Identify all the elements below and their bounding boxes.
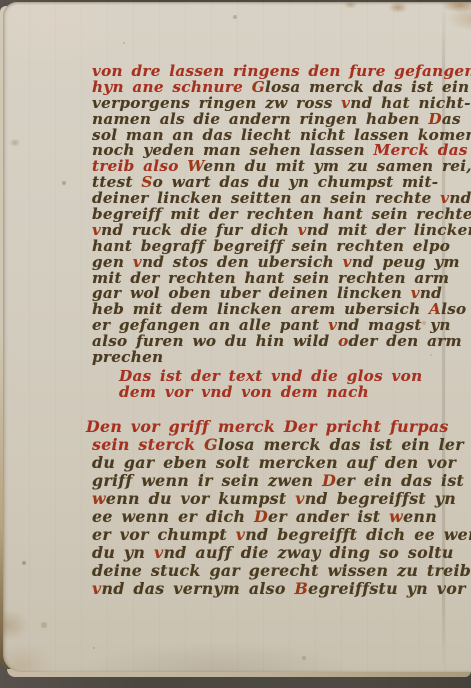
brown-ink-text: ee wenn er dich [92, 507, 254, 526]
rubricated-letter: D [254, 507, 268, 526]
brown-ink-text: er ander ist [268, 507, 389, 526]
rubricated-letter: D [322, 471, 336, 490]
brown-ink-text: nd auff die zway ding so soltu [163, 543, 453, 562]
text-line: deine stuck gar gerecht wissen zu treibn [92, 562, 448, 580]
red-ink-text: Den vor griff merck Der pricht furpas [86, 417, 449, 436]
manuscript-text-block: von dre lassen ringens den fure gefangen… [92, 64, 448, 598]
text-line: er vor chumpt vnd begreifft dich ee wen [92, 526, 448, 544]
rubricated-letter: w [92, 489, 106, 508]
text-line: ee wenn er dich Der ander ist wenn [92, 508, 448, 526]
text-line: prechen [92, 350, 448, 366]
brown-ink-text: prechen [92, 348, 163, 366]
brown-ink-text: deine stuck gar gerecht wissen zu treibn [92, 561, 471, 580]
manuscript-page: von dre lassen ringens den fure gefangen… [3, 2, 471, 672]
brown-ink-text: er vor chumpt [92, 525, 236, 544]
text-line: Den vor griff merck Der pricht furpas [86, 418, 448, 436]
brown-ink-text: nd begreiffst yn [305, 489, 456, 508]
brown-ink-text: griff wenn ir sein zwen [92, 471, 322, 490]
brown-ink-text: enn [403, 507, 437, 526]
brown-ink-text: du yn [92, 543, 154, 562]
rubricated-letter: G [204, 435, 218, 454]
text-line: griff wenn ir sein zwen Der ein das ist [92, 472, 448, 490]
text-line: du yn vnd auff die zway ding so soltu [92, 544, 448, 562]
brown-ink-text: nd begreifft dich ee wen [245, 525, 471, 544]
rubricated-letter: B [295, 579, 309, 598]
brown-ink-text: losa merck das ist ein ler das [218, 435, 471, 454]
text-line: wenn du vor kumpst vnd begreiffst yn [92, 490, 448, 508]
text-line: du gar eben solt mercken auf den vor [92, 454, 448, 472]
brown-ink-text: egreiffstu yn vor [308, 579, 471, 598]
brown-ink-text: er ein das ist [336, 471, 464, 490]
rubricated-letter: v [295, 489, 304, 508]
rubricated-letter: v [236, 525, 245, 544]
red-ink-text: dem vor vnd von dem nach [119, 383, 369, 401]
rubricated-letter: w [389, 507, 403, 526]
text-line: vnd das vernym also Begreiffstu yn vor ~ [92, 580, 448, 598]
text-line: sein sterck Glosa merck das ist ein ler … [92, 436, 448, 454]
manuscript-photo: von dre lassen ringens den fure gefangen… [0, 0, 471, 688]
rubricated-letter: o [338, 332, 348, 350]
brown-ink-text: enn du vor kumpst [106, 489, 295, 508]
text-line: dem vor vnd von dem nach [119, 385, 448, 401]
brown-ink-text: du gar eben solt mercken auf den vor [92, 453, 456, 472]
ink-specks [3, 2, 5, 4]
brown-ink-text: der den arm [349, 332, 462, 350]
brown-ink-text: nd das vernym also [101, 579, 294, 598]
red-ink-text: sein sterck [92, 435, 204, 454]
